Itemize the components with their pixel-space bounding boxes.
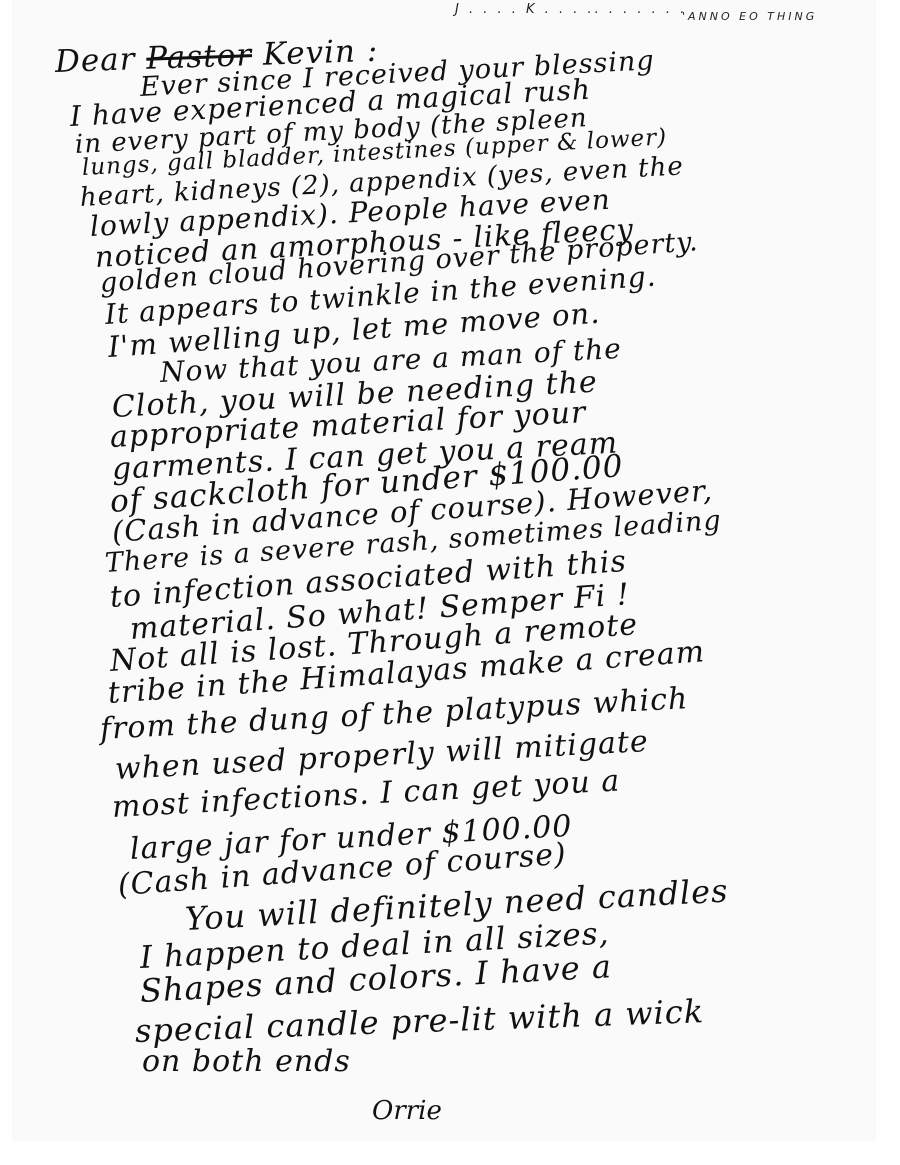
- salutation-prefix: Dear: [54, 41, 136, 80]
- header-text-line-2: 'ANNO EO THING: [682, 10, 817, 23]
- header-text-line-1: J . . . . K . . . .. . . . . . .: [455, 2, 687, 17]
- signature: Orrie: [372, 1096, 442, 1126]
- letter-line: on both ends: [142, 1044, 351, 1079]
